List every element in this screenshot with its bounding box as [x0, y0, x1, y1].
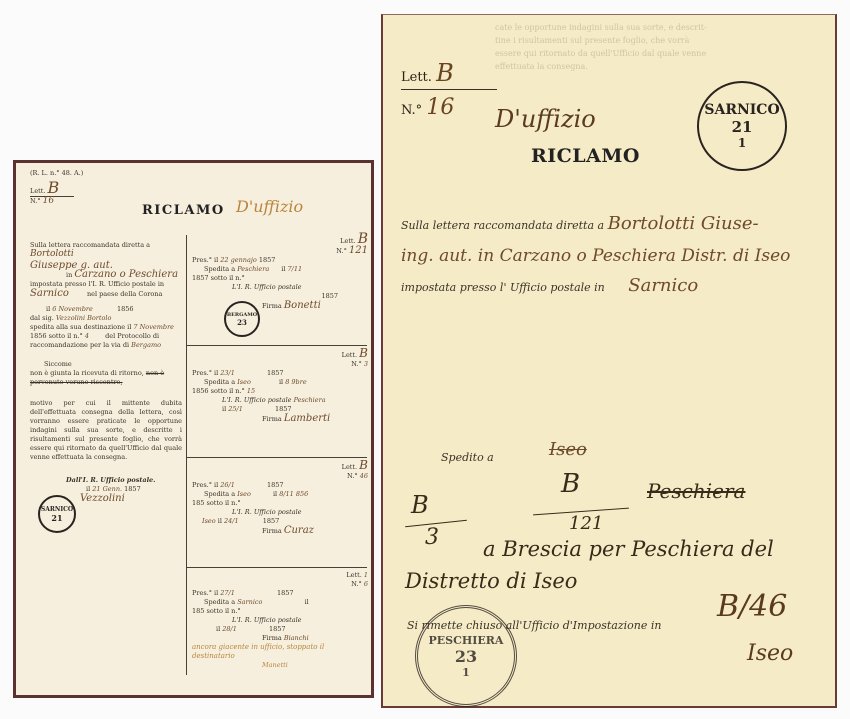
- return-town: Iseo: [747, 641, 793, 666]
- riclamo-title: RICLAMO: [142, 203, 225, 218]
- no-value: 16: [426, 95, 454, 120]
- title-annotation: D'uffizio: [236, 197, 303, 216]
- sarnico-postmark-left: SARNICO 21: [38, 495, 76, 533]
- left-column: Sulla lettera raccomandata diretta a Bor…: [30, 241, 182, 503]
- left-body-text: motivo per cui il mittente dubita dell'e…: [30, 399, 182, 462]
- no-label: N.°: [401, 103, 422, 118]
- spedito-b: B: [561, 469, 580, 499]
- riclamo-title: RICLAMO: [531, 145, 640, 167]
- sarnico-postmark: SARNICO 21 1: [697, 81, 787, 171]
- lett-label: Lett.: [401, 70, 432, 85]
- no-label: N.°: [30, 197, 41, 205]
- bleed-through-text: cate le opportune indagini sulla sua sor…: [495, 21, 775, 73]
- left-riclamo-form: (R. L. n.° 48. A.) Lett. B N.° 16 RICLAM…: [13, 160, 374, 698]
- address-section: Sulla lettera raccomandata diretta a Bor…: [401, 209, 831, 303]
- transit-block-2: Lett. B N.° 3 Pres.° il 23/1 1857 Spedit…: [192, 349, 368, 424]
- lett-value: B: [48, 178, 60, 197]
- lett-value: B: [436, 59, 454, 87]
- bergamo-postmark: BERGAMO 23: [224, 301, 260, 337]
- form-code: (R. L. n.° 48. A.): [30, 169, 83, 178]
- lett-label: Lett.: [30, 187, 45, 195]
- spedito-struck-iseo: Iseo: [549, 439, 587, 460]
- peschiera-postmark: PESCHIERA 23 1: [415, 605, 517, 707]
- fraction-top: B: [411, 491, 429, 519]
- spedito-struck-peschiera: Peschiera: [647, 479, 745, 503]
- annotation-duffizio: D'uffizio: [495, 105, 596, 133]
- right-riclamo-form: cate le opportune indagini sulla sua sor…: [381, 14, 837, 708]
- transit-block-1: Lett. B N.° 121 Pres.° il 22 gennajo 185…: [192, 235, 368, 311]
- return-ref: B/46: [717, 589, 787, 624]
- forward-line-2: Distretto di Iseo: [405, 569, 577, 593]
- transit-block-4: Lett. 1 N.° 6 Pres.° il 27/1 1857 Spedit…: [192, 571, 368, 670]
- transit-block-3: Lett. B N.° 46 Pres.° il 26/1 1857 Spedi…: [192, 461, 368, 536]
- spedito-label: Spedito a: [441, 451, 494, 464]
- left-signature: Vezzolini: [80, 494, 182, 503]
- no-value: 16: [43, 196, 54, 206]
- fraction-bottom: 3: [425, 525, 439, 550]
- spedito-number: 121: [569, 513, 603, 534]
- forward-line-1: a Brescia per Peschiera del: [483, 537, 774, 561]
